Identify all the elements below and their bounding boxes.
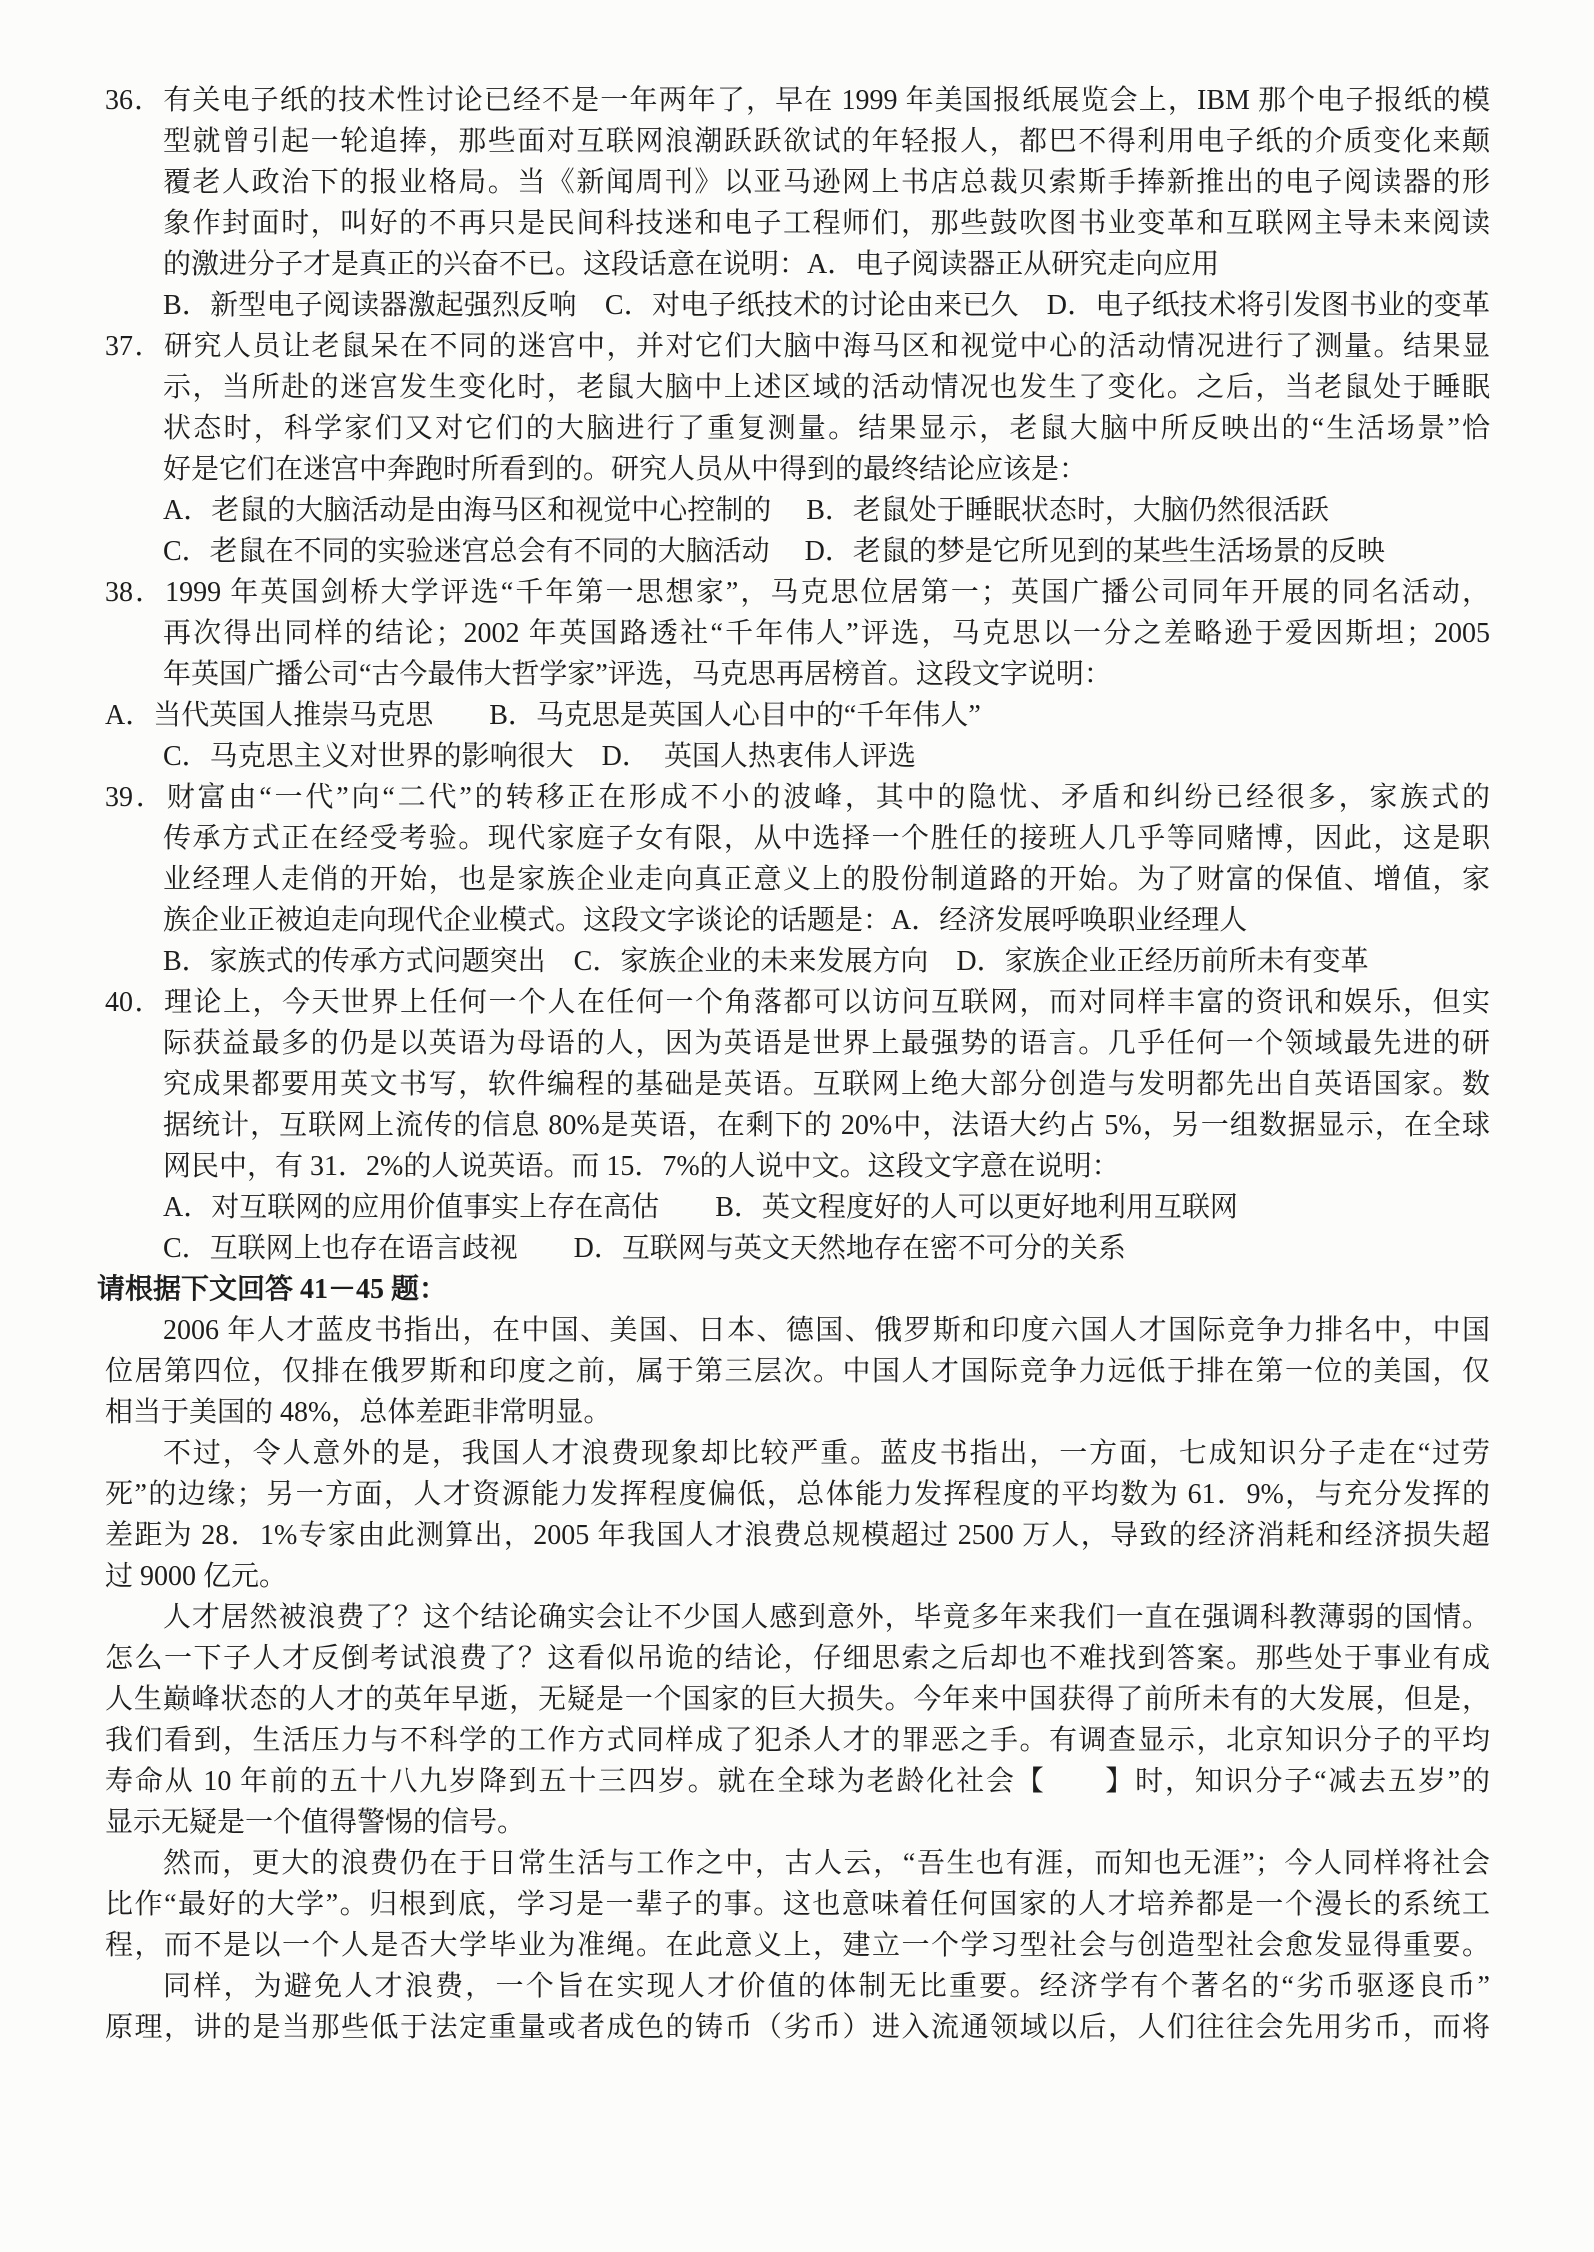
passage-paragraph-3-line: 寿命从 10 年前的五十八九岁降到五十三四岁。就在全球为老龄化社会【 】时，知识…: [105, 1761, 1490, 1802]
passage-paragraph-4: 然而，更大的浪费仍在于日常生活与工作之中，古人云，“吾生也有涯，而知也无涯”；今…: [105, 1843, 1490, 1966]
question-38-line: A．当代英国人推崇马克思 B．马克思是英国人心目中的“千年伟人”: [105, 695, 1490, 736]
question-37-line: 37．研究人员让老鼠呆在不同的迷宫中，并对它们大脑中海马区和视觉中心的活动情况进…: [105, 326, 1490, 367]
question-39: 39．财富由“一代”向“二代”的转移正在形成不小的波峰，其中的隐忧、矛盾和纠纷已…: [105, 777, 1490, 982]
passage-paragraph-3-line: 我们看到，生活压力与不科学的工作方式同样成了犯杀人才的罪恶之手。有调查显示，北京…: [105, 1720, 1490, 1761]
passage-paragraph-5-line: 原理，讲的是当那些低于法定重量或者成色的铸币（劣币）进入流通领域以后，人们往往会…: [105, 2007, 1490, 2048]
question-38-line: C．马克思主义对世界的影响很大 D． 英国人热衷伟人评选: [163, 736, 1490, 777]
passage-paragraph-3-line: 显示无疑是一个值得警惕的信号。: [105, 1802, 1490, 1843]
question-40-line: 据统计，互联网上流传的信息 80%是英语，在剩下的 20%中，法语大约占 5%，…: [163, 1105, 1490, 1146]
question-36-line: 36．有关电子纸的技术性讨论已经不是一年两年了，早在 1999 年美国报纸展览会…: [105, 80, 1490, 121]
question-40-line: A．对互联网的应用价值事实上存在高估 B．英文程度好的人可以更好地利用互联网: [163, 1187, 1490, 1228]
passage-paragraph-3-line: 怎么一下子人才反倒考试浪费了？这看似吊诡的结论，仔细思索之后却也不难找到答案。那…: [105, 1638, 1490, 1679]
question-39-line: 传承方式正在经受考验。现代家庭子女有限，从中选择一个胜任的接班人几乎等同赌博，因…: [163, 818, 1490, 859]
question-36-line: B．新型电子阅读器激起强烈反响 C．对电子纸技术的讨论由来已久 D．电子纸技术将…: [163, 285, 1490, 326]
question-38: 38．1999 年英国剑桥大学评选“千年第一思想家”，马克思位居第一；英国广播公…: [105, 572, 1490, 777]
passage-paragraph-3-line: 人生巅峰状态的人才的英年早逝，无疑是一个国家的巨大损失。今年来中国获得了前所未有…: [105, 1679, 1490, 1720]
question-38-line: 38．1999 年英国剑桥大学评选“千年第一思想家”，马克思位居第一；英国广播公…: [105, 572, 1490, 613]
question-40-line: C．互联网上也存在语言歧视 D．互联网与英文天然地存在密不可分的关系: [163, 1228, 1490, 1269]
question-40-line: 网民中，有 31．2%的人说英语。而 15．7%的人说中文。这段文字意在说明：: [163, 1146, 1490, 1187]
question-37-line: 示，当所赴的迷宫发生变化时，老鼠大脑中上述区域的活动情况也发生了变化。之后，当老…: [163, 367, 1490, 408]
exam-document: 36．有关电子纸的技术性讨论已经不是一年两年了，早在 1999 年美国报纸展览会…: [0, 0, 1594, 2048]
question-38-line: 再次得出同样的结论；2002 年英国路透社“千年伟人”评选，马克思以一分之差略逊…: [163, 613, 1490, 654]
passage-paragraph-2-line: 差距为 28．1%专家由此测算出，2005 年我国人才浪费总规模超过 2500 …: [105, 1515, 1490, 1556]
section-header-41-45-line: 请根据下文回答 41－45 题：: [97, 1269, 1490, 1310]
question-36-line: 的激进分子才是真正的兴奋不已。这段话意在说明：A．电子阅读器正从研究走向应用: [163, 244, 1490, 285]
question-37-line: A．老鼠的大脑活动是由海马区和视觉中心控制的 B．老鼠处于睡眠状态时，大脑仍然很…: [163, 490, 1490, 531]
passage-paragraph-5-line: 同样，为避免人才浪费，一个旨在实现人才价值的体制无比重要。经济学有个著名的“劣币…: [163, 1966, 1490, 2007]
question-37-line: C．老鼠在不同的实验迷宫总会有不同的大脑活动 D．老鼠的梦是它所见到的某些生活场…: [163, 531, 1490, 572]
question-39-line: 业经理人走俏的开始，也是家族企业走向真正意义上的股份制道路的开始。为了财富的保值…: [163, 859, 1490, 900]
exam-page: 36．有关电子纸的技术性讨论已经不是一年两年了，早在 1999 年美国报纸展览会…: [0, 0, 1594, 2252]
passage-paragraph-1-line: 相当于美国的 48%，总体差距非常明显。: [105, 1392, 1490, 1433]
passage-paragraph-1-line: 2006 年人才蓝皮书指出，在中国、美国、日本、德国、俄罗斯和印度六国人才国际竞…: [163, 1310, 1490, 1351]
question-37-line: 状态时，科学家们又对它们的大脑进行了重复测量。结果显示，老鼠大脑中所反映出的“生…: [163, 408, 1490, 449]
passage-paragraph-4-line: 程，而不是以一个人是否大学毕业为准绳。在此意义上，建立一个学习型社会与创造型社会…: [105, 1925, 1490, 1966]
passage-paragraph-2-line: 不过，令人意外的是，我国人才浪费现象却比较严重。蓝皮书指出，一方面，七成知识分子…: [163, 1433, 1490, 1474]
passage-paragraph-2-line: 过 9000 亿元。: [105, 1556, 1490, 1597]
question-39-line: 39．财富由“一代”向“二代”的转移正在形成不小的波峰，其中的隐忧、矛盾和纠纷已…: [105, 777, 1490, 818]
passage-paragraph-5: 同样，为避免人才浪费，一个旨在实现人才价值的体制无比重要。经济学有个著名的“劣币…: [105, 1966, 1490, 2048]
question-40-line: 究成果都要用英文书写，软件编程的基础是英语。互联网上绝大部分创造与发明都先出自英…: [163, 1064, 1490, 1105]
question-36-line: 覆老人政治下的报业格局。当《新闻周刊》以亚马逊网上书店总裁贝索斯手捧新推出的电子…: [163, 162, 1490, 203]
passage-paragraph-2: 不过，令人意外的是，我国人才浪费现象却比较严重。蓝皮书指出，一方面，七成知识分子…: [105, 1433, 1490, 1597]
question-37-line: 好是它们在迷宫中奔跑时所看到的。研究人员从中得到的最终结论应该是：: [163, 449, 1490, 490]
question-36: 36．有关电子纸的技术性讨论已经不是一年两年了，早在 1999 年美国报纸展览会…: [105, 80, 1490, 326]
passage-paragraph-3-line: 人才居然被浪费了？这个结论确实会让不少国人感到意外，毕竟多年来我们一直在强调科教…: [163, 1597, 1490, 1638]
question-40: 40．理论上，今天世界上任何一个人在任何一个角落都可以访问互联网，而对同样丰富的…: [105, 982, 1490, 1269]
question-39-line: B．家族式的传承方式问题突出 C．家族企业的未来发展方向 D．家族企业正经历前所…: [163, 941, 1490, 982]
passage-paragraph-4-line: 然而，更大的浪费仍在于日常生活与工作之中，古人云，“吾生也有涯，而知也无涯”；今…: [163, 1843, 1490, 1884]
passage-paragraph-1-line: 位居第四位，仅排在俄罗斯和印度之前，属于第三层次。中国人才国际竞争力远低于排在第…: [105, 1351, 1490, 1392]
question-39-line: 族企业正被迫走向现代企业模式。这段文字谈论的话题是：A．经济发展呼唤职业经理人: [163, 900, 1490, 941]
passage-paragraph-4-line: 比作“最好的大学”。归根到底，学习是一辈子的事。这也意味着任何国家的人才培养都是…: [105, 1884, 1490, 1925]
passage-paragraph-2-line: 死”的边缘；另一方面，人才资源能力发挥程度偏低，总体能力发挥程度的平均数为 61…: [105, 1474, 1490, 1515]
section-header-41-45: 请根据下文回答 41－45 题：: [105, 1269, 1490, 1310]
passage-paragraph-3: 人才居然被浪费了？这个结论确实会让不少国人感到意外，毕竟多年来我们一直在强调科教…: [105, 1597, 1490, 1843]
question-40-line: 40．理论上，今天世界上任何一个人在任何一个角落都可以访问互联网，而对同样丰富的…: [105, 982, 1490, 1023]
question-40-line: 际获益最多的仍是以英语为母语的人，因为英语是世界上最强势的语言。几乎任何一个领域…: [163, 1023, 1490, 1064]
passage-paragraph-1: 2006 年人才蓝皮书指出，在中国、美国、日本、德国、俄罗斯和印度六国人才国际竞…: [105, 1310, 1490, 1433]
question-37: 37．研究人员让老鼠呆在不同的迷宫中，并对它们大脑中海马区和视觉中心的活动情况进…: [105, 326, 1490, 572]
question-36-line: 象作封面时，叫好的不再只是民间科技迷和电子工程师们，那些鼓吹图书业变革和互联网主…: [163, 203, 1490, 244]
question-36-line: 型就曾引起一轮追捧，那些面对互联网浪潮跃跃欲试的年轻报人，都巴不得利用电子纸的介…: [163, 121, 1490, 162]
question-38-line: 年英国广播公司“古今最伟大哲学家”评选，马克思再居榜首。这段文字说明：: [163, 654, 1490, 695]
